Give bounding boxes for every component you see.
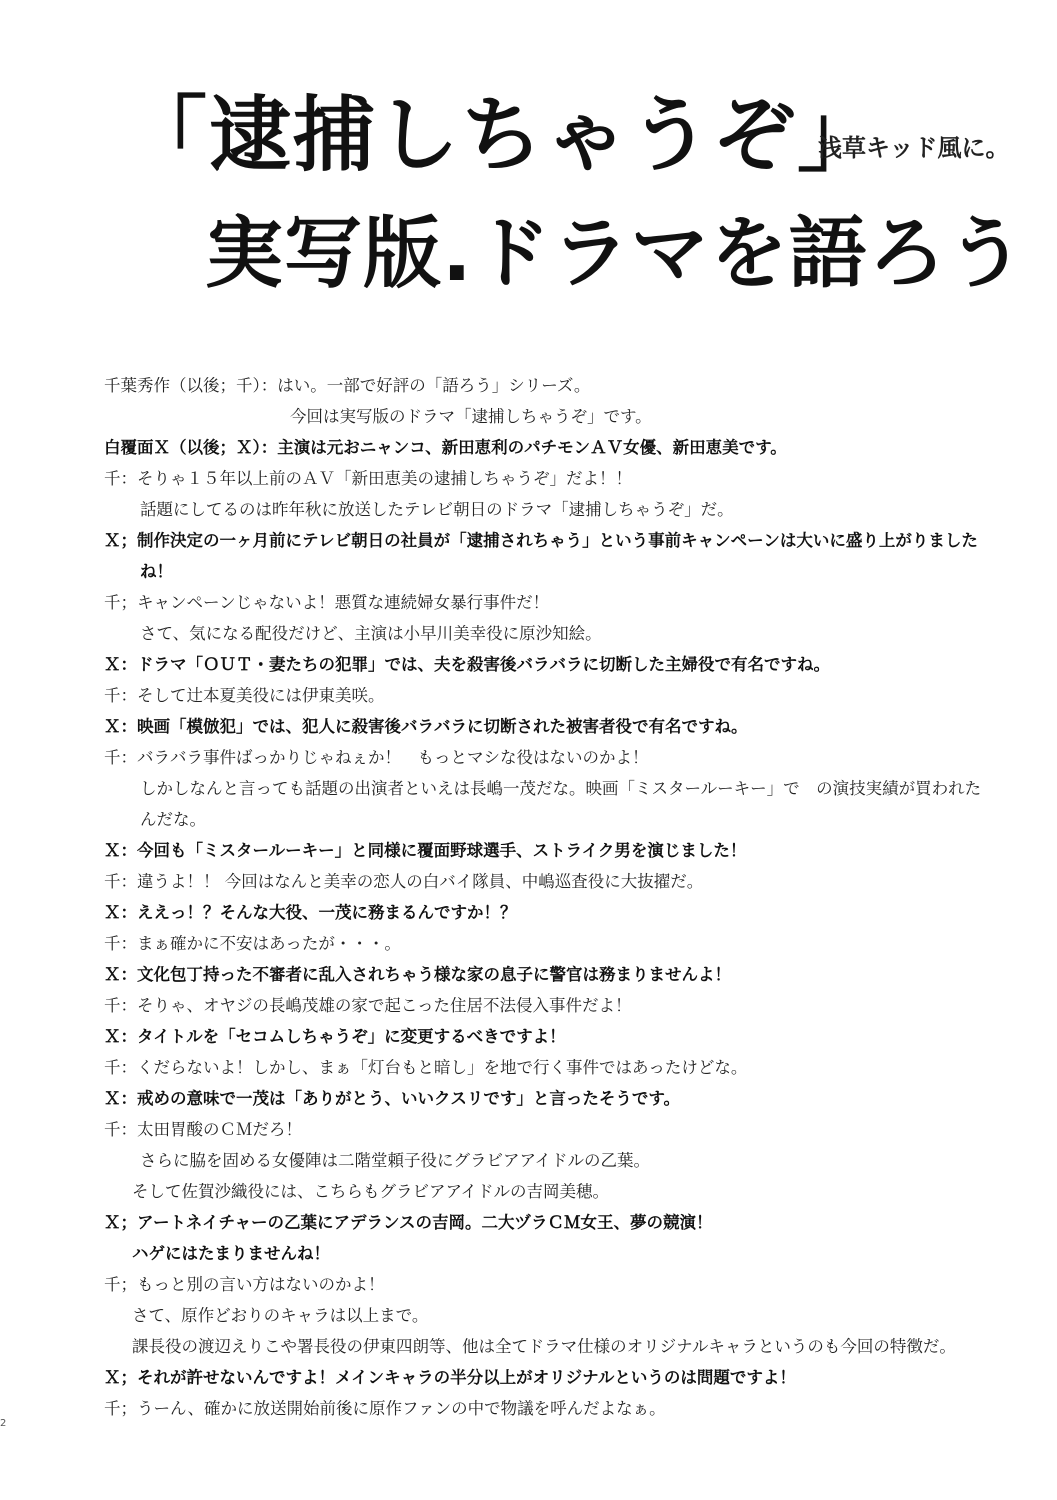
dialogue-line-chiba: 千：バラバラ事件ばっかりじゃねぇか！ もっとマシな役はないのかよ！ <box>104 742 1054 773</box>
dialogue-line-x: Ｘ；制作決定の一ヶ月前にテレビ朝日の社員が「逮捕されちゃう」という事前キャンペー… <box>104 525 1054 556</box>
dialogue-line-x: Ｘ：映画「模倣犯」では、犯人に殺害後バラバラに切断された被害者役で有名ですね。 <box>104 711 1054 742</box>
dialogue-body: 千葉秀作（以後；千）：はい。一部で好評の「語ろう」シリーズ。今回は実写版のドラマ… <box>104 370 1054 1424</box>
dialogue-line-chiba: 千：そりゃ１５年以上前のＡＶ「新田恵美の逮捕しちゃうぞ」だよ！！ <box>104 463 1054 494</box>
dialogue-line-chiba: 話題にしてるのは昨年秋に放送したテレビ朝日のドラマ「逮捕しちゃうぞ」だ。 <box>104 494 1054 525</box>
dialogue-line-chiba: しかしなんと言っても話題の出演者といえは長嶋一茂だな。映画「ミスタールーキー」で… <box>104 773 1054 804</box>
dialogue-line-chiba: 千：そりゃ、オヤジの長嶋茂雄の家で起こった住居不法侵入事件だよ！ <box>104 990 1054 1021</box>
dialogue-line-x: 白覆面Ｘ（以後；Ｘ）：主演は元おニャンコ、新田恵利のパチモンＡＶ女優、新田恵美で… <box>104 432 1054 463</box>
dialogue-line-chiba: 千：太田胃酸のＣＭだろ！ <box>104 1114 1054 1145</box>
dialogue-line-x: Ｘ：戒めの意味で一茂は「ありがとう、いいクスリです」と言ったそうです。 <box>104 1083 1054 1114</box>
dialogue-line-chiba: 千：まぁ確かに不安はあったが・・・。 <box>104 928 1054 959</box>
dialogue-line-x: Ｘ；アートネイチャーの乙葉にアデランスの吉岡。二大ヅラＣＭ女王、夢の競演！ <box>104 1207 1054 1238</box>
dialogue-line-chiba: んだな。 <box>104 804 1054 835</box>
dialogue-line-chiba: 今回は実写版のドラマ「逮捕しちゃうぞ」です。 <box>104 401 1054 432</box>
dialogue-line-x: ね！ <box>104 556 1054 587</box>
dialogue-line-chiba: 千；キャンペーンじゃないよ！悪質な連続婦女暴行事件だ！ <box>104 587 1054 618</box>
dialogue-line-chiba: 千：くだらないよ！しかし、まぁ「灯台もと暗し」を地で行く事件ではあったけどな。 <box>104 1052 1054 1083</box>
page-number: 2 <box>0 1418 6 1429</box>
dialogue-line-x: Ｘ：文化包丁持った不審者に乱入されちゃう様な家の息子に警官は務まりませんよ！ <box>104 959 1054 990</box>
dialogue-line-chiba: 千：そして辻本夏美役には伊東美咲。 <box>104 680 1054 711</box>
dialogue-line-chiba: 千；うーん、確かに放送開始前後に原作ファンの中で物議を呼んだよなぁ。 <box>104 1393 1054 1424</box>
dialogue-line-chiba: そして佐賀沙織役には、こちらもグラビアアイドルの吉岡美穂。 <box>104 1176 1054 1207</box>
dialogue-line-chiba: 千：違うよ！！ 今回はなんと美幸の恋人の白バイ隊員、中嶋巡査役に大抜擢だ。 <box>104 866 1054 897</box>
dialogue-line-chiba: さらに脇を固める女優陣は二階堂頼子役にグラビアアイドルの乙葉。 <box>104 1145 1054 1176</box>
page-title-line1: 「逮捕しちゃうぞ」 <box>125 95 881 177</box>
page-title-line2: 実写版.ドラマを語ろう <box>205 215 1026 293</box>
page-subtitle: 浅草キッド風に。 <box>818 128 1010 163</box>
dialogue-line-chiba: さて、気になる配役だけど、主演は小早川美幸役に原沙知絵。 <box>104 618 1054 649</box>
dialogue-line-x: Ｘ：ええっ！？そんな大役、一茂に務まるんですか！？ <box>104 897 1054 928</box>
dialogue-line-x: Ｘ；それが許せないんですよ！メインキャラの半分以上がオリジナルというのは問題です… <box>104 1362 1054 1393</box>
dialogue-line-chiba: 課長役の渡辺えりこや署長役の伊東四朗等、他は全てドラマ仕様のオリジナルキャラとい… <box>104 1331 1054 1362</box>
dialogue-line-chiba: 千葉秀作（以後；千）：はい。一部で好評の「語ろう」シリーズ。 <box>104 370 1054 401</box>
dialogue-line-x: Ｘ：今回も「ミスタールーキー」と同様に覆面野球選手、ストライク男を演じました！ <box>104 835 1054 866</box>
dialogue-line-x: Ｘ：タイトルを「セコムしちゃうぞ」に変更するべきですよ！ <box>104 1021 1054 1052</box>
dialogue-line-chiba: 千；もっと別の言い方はないのかよ！ <box>104 1269 1054 1300</box>
dialogue-line-chiba: さて、原作どおりのキャラは以上まで。 <box>104 1300 1054 1331</box>
dialogue-line-x: ハゲにはたまりませんね！ <box>104 1238 1054 1269</box>
dialogue-line-x: Ｘ：ドラマ「ＯＵＴ・妻たちの犯罪」では、夫を殺害後バラバラに切断した主婦役で有名… <box>104 649 1054 680</box>
